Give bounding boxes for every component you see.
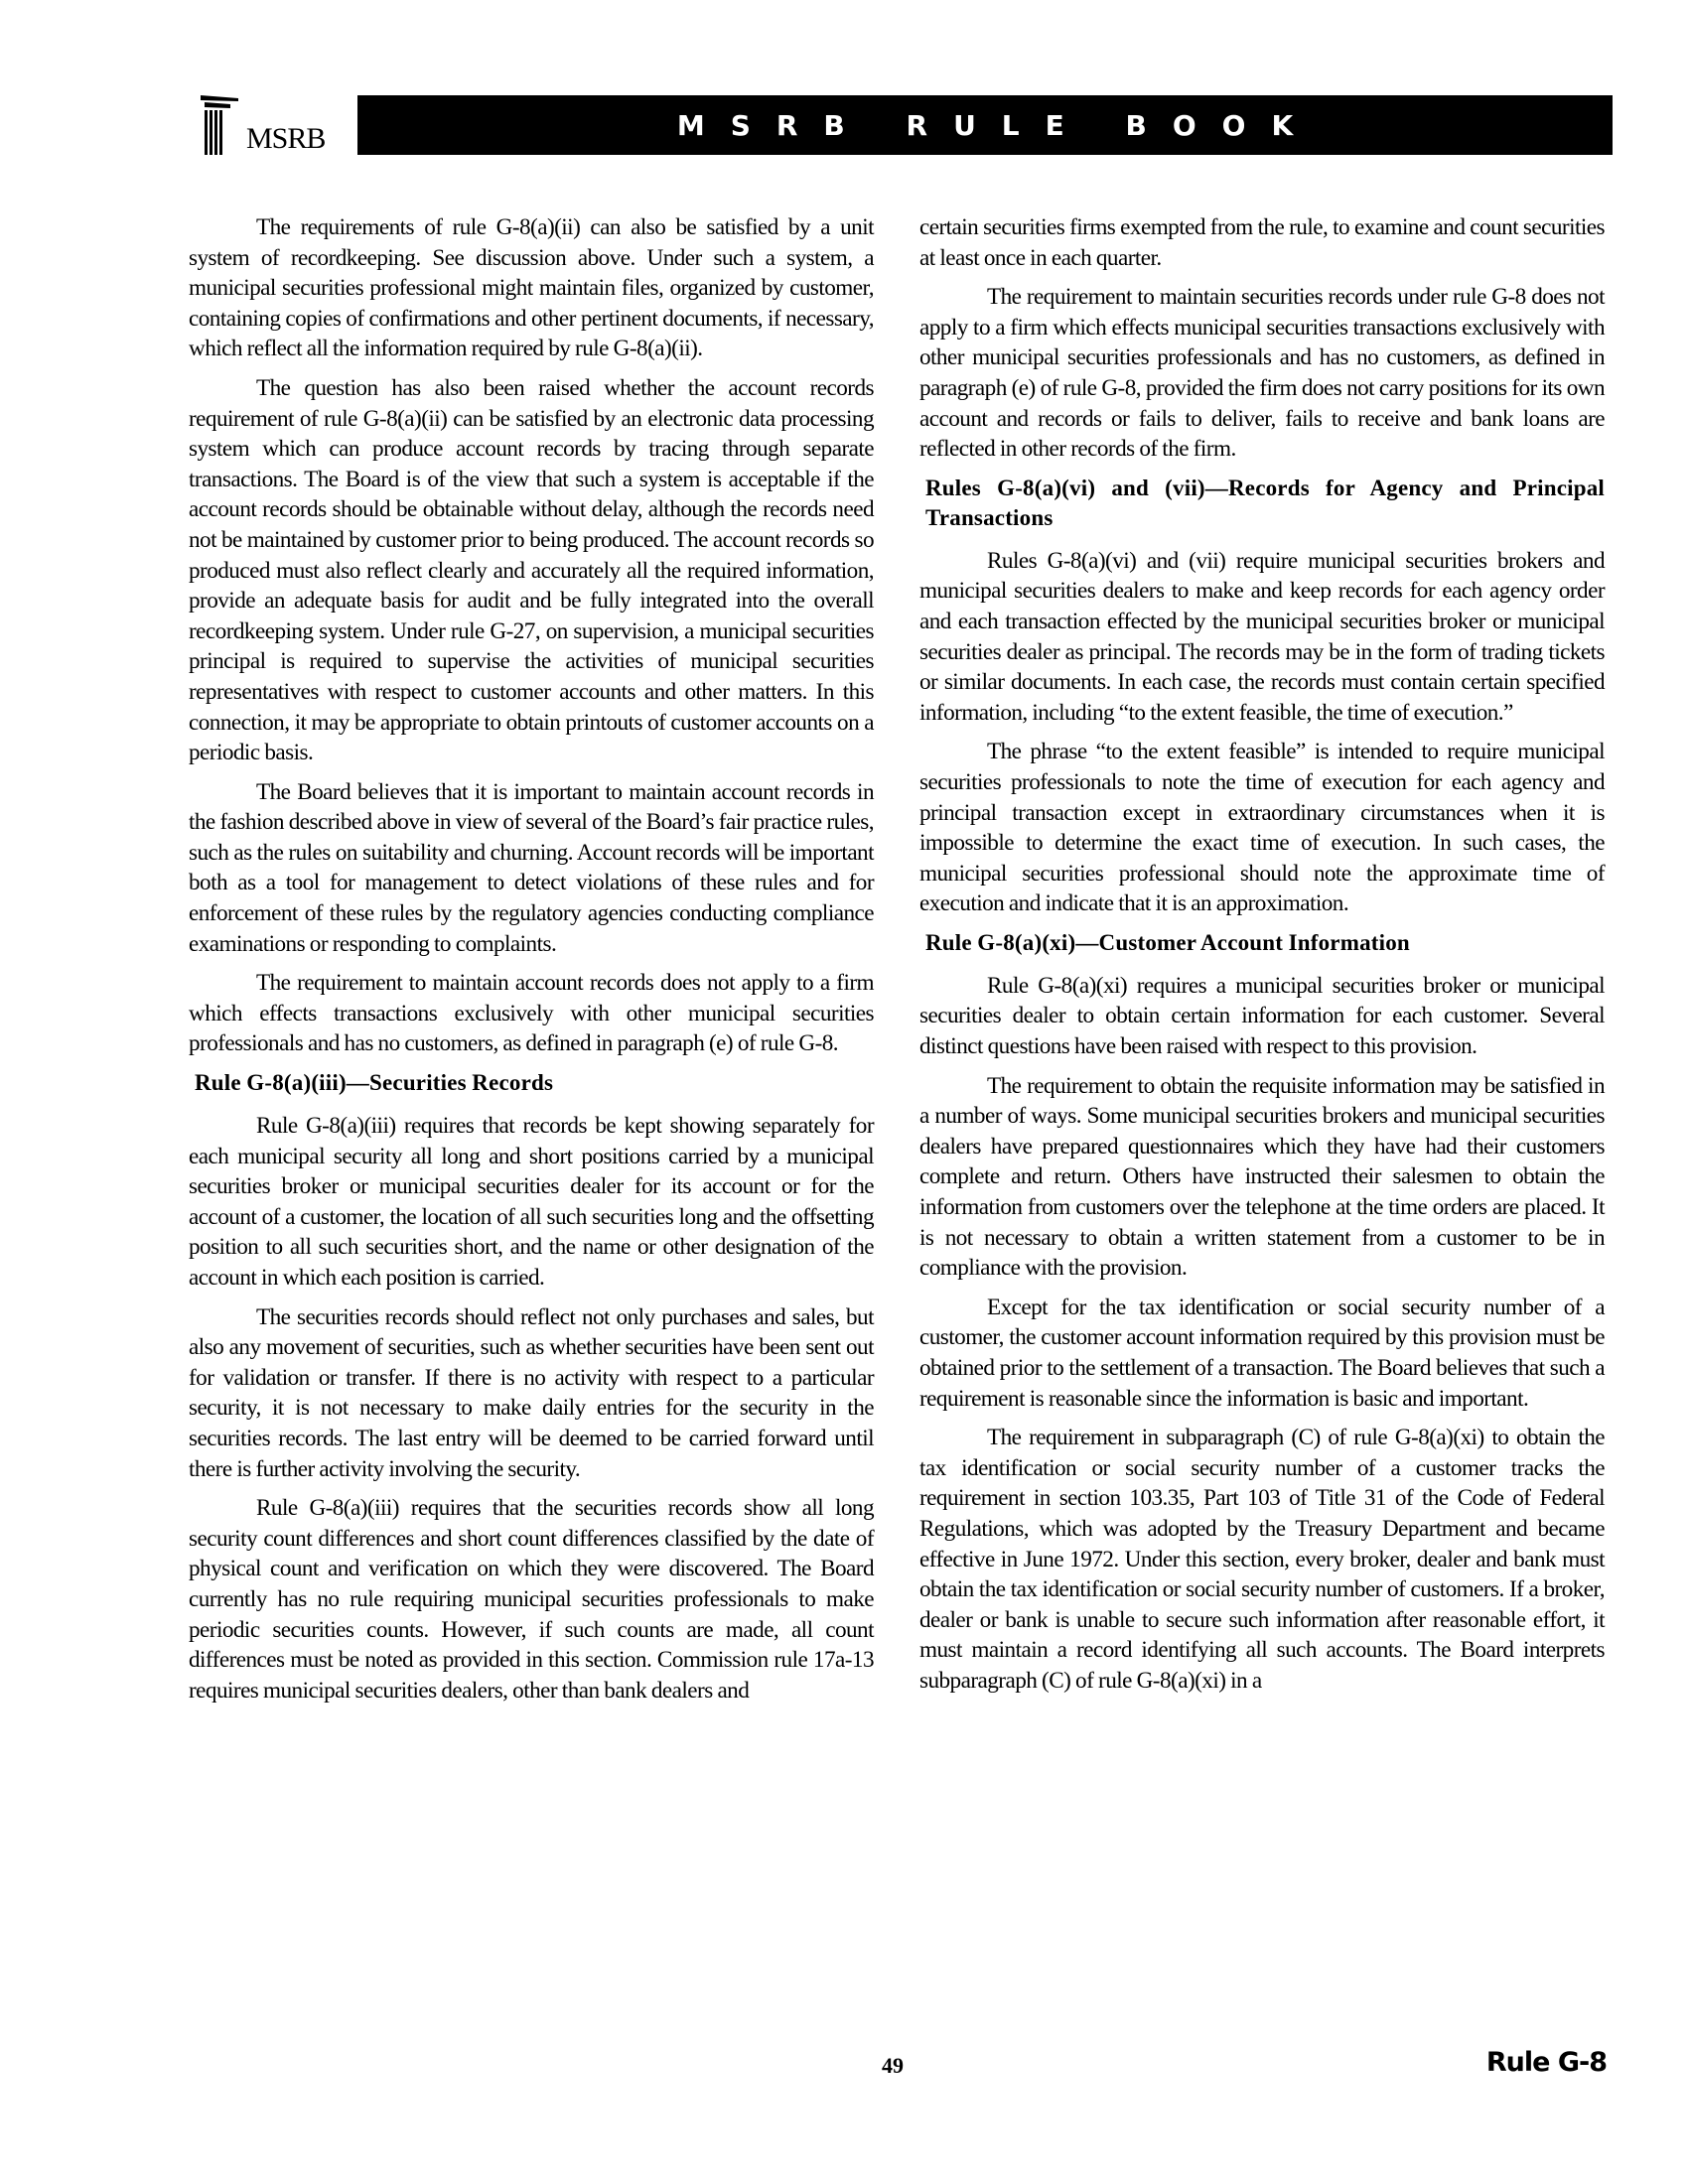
- section-heading: Rule G-8(a)(xi)—Customer Account Informa…: [925, 928, 1605, 958]
- footer-rule-label: Rule G-8: [1486, 2047, 1607, 2078]
- title-banner: MSRB RULE BOOK: [357, 95, 1613, 155]
- body-paragraph: The requirement to obtain the requisite …: [919, 1071, 1605, 1284]
- logo-text: MSRB: [246, 123, 325, 155]
- right-text-column: certain securities firms exempted from t…: [919, 212, 1605, 1706]
- body-paragraph: certain securities firms exempted from t…: [919, 212, 1605, 273]
- body-paragraph: Except for the tax identification or soc…: [919, 1293, 1605, 1414]
- page-header: MSRB MSRB RULE BOOK: [195, 95, 1609, 157]
- body-paragraph: Rules G-8(a)(vi) and (vii) require munic…: [919, 546, 1605, 729]
- body-paragraph: The phrase “to the extent feasible” is i…: [919, 737, 1605, 919]
- section-heading: Rules G-8(a)(vi) and (vii)—Records for A…: [925, 474, 1605, 533]
- body-paragraph: The Board believes that it is important …: [189, 777, 874, 960]
- body-paragraph: The question has also been raised whethe…: [189, 373, 874, 768]
- body-paragraph: The requirement to maintain securities r…: [919, 282, 1605, 465]
- body-paragraph: Rule G-8(a)(iii) requires that the secur…: [189, 1493, 874, 1706]
- body-paragraph: The requirement in subparagraph (C) of r…: [919, 1423, 1605, 1696]
- msrb-logo: MSRB: [195, 95, 334, 157]
- left-text-column: The requirements of rule G-8(a)(ii) can …: [189, 212, 874, 1714]
- section-heading: Rule G-8(a)(iii)—Securities Records: [195, 1068, 874, 1098]
- body-paragraph: The securities records should reflect no…: [189, 1302, 874, 1485]
- body-paragraph: The requirements of rule G-8(a)(ii) can …: [189, 212, 874, 364]
- page-number: 49: [882, 2053, 904, 2079]
- body-paragraph: Rule G-8(a)(xi) requires a municipal sec…: [919, 971, 1605, 1062]
- body-paragraph: Rule G-8(a)(iii) requires that records b…: [189, 1111, 874, 1294]
- banner-title: MSRB RULE BOOK: [651, 109, 1319, 142]
- body-paragraph: The requirement to maintain account reco…: [189, 968, 874, 1059]
